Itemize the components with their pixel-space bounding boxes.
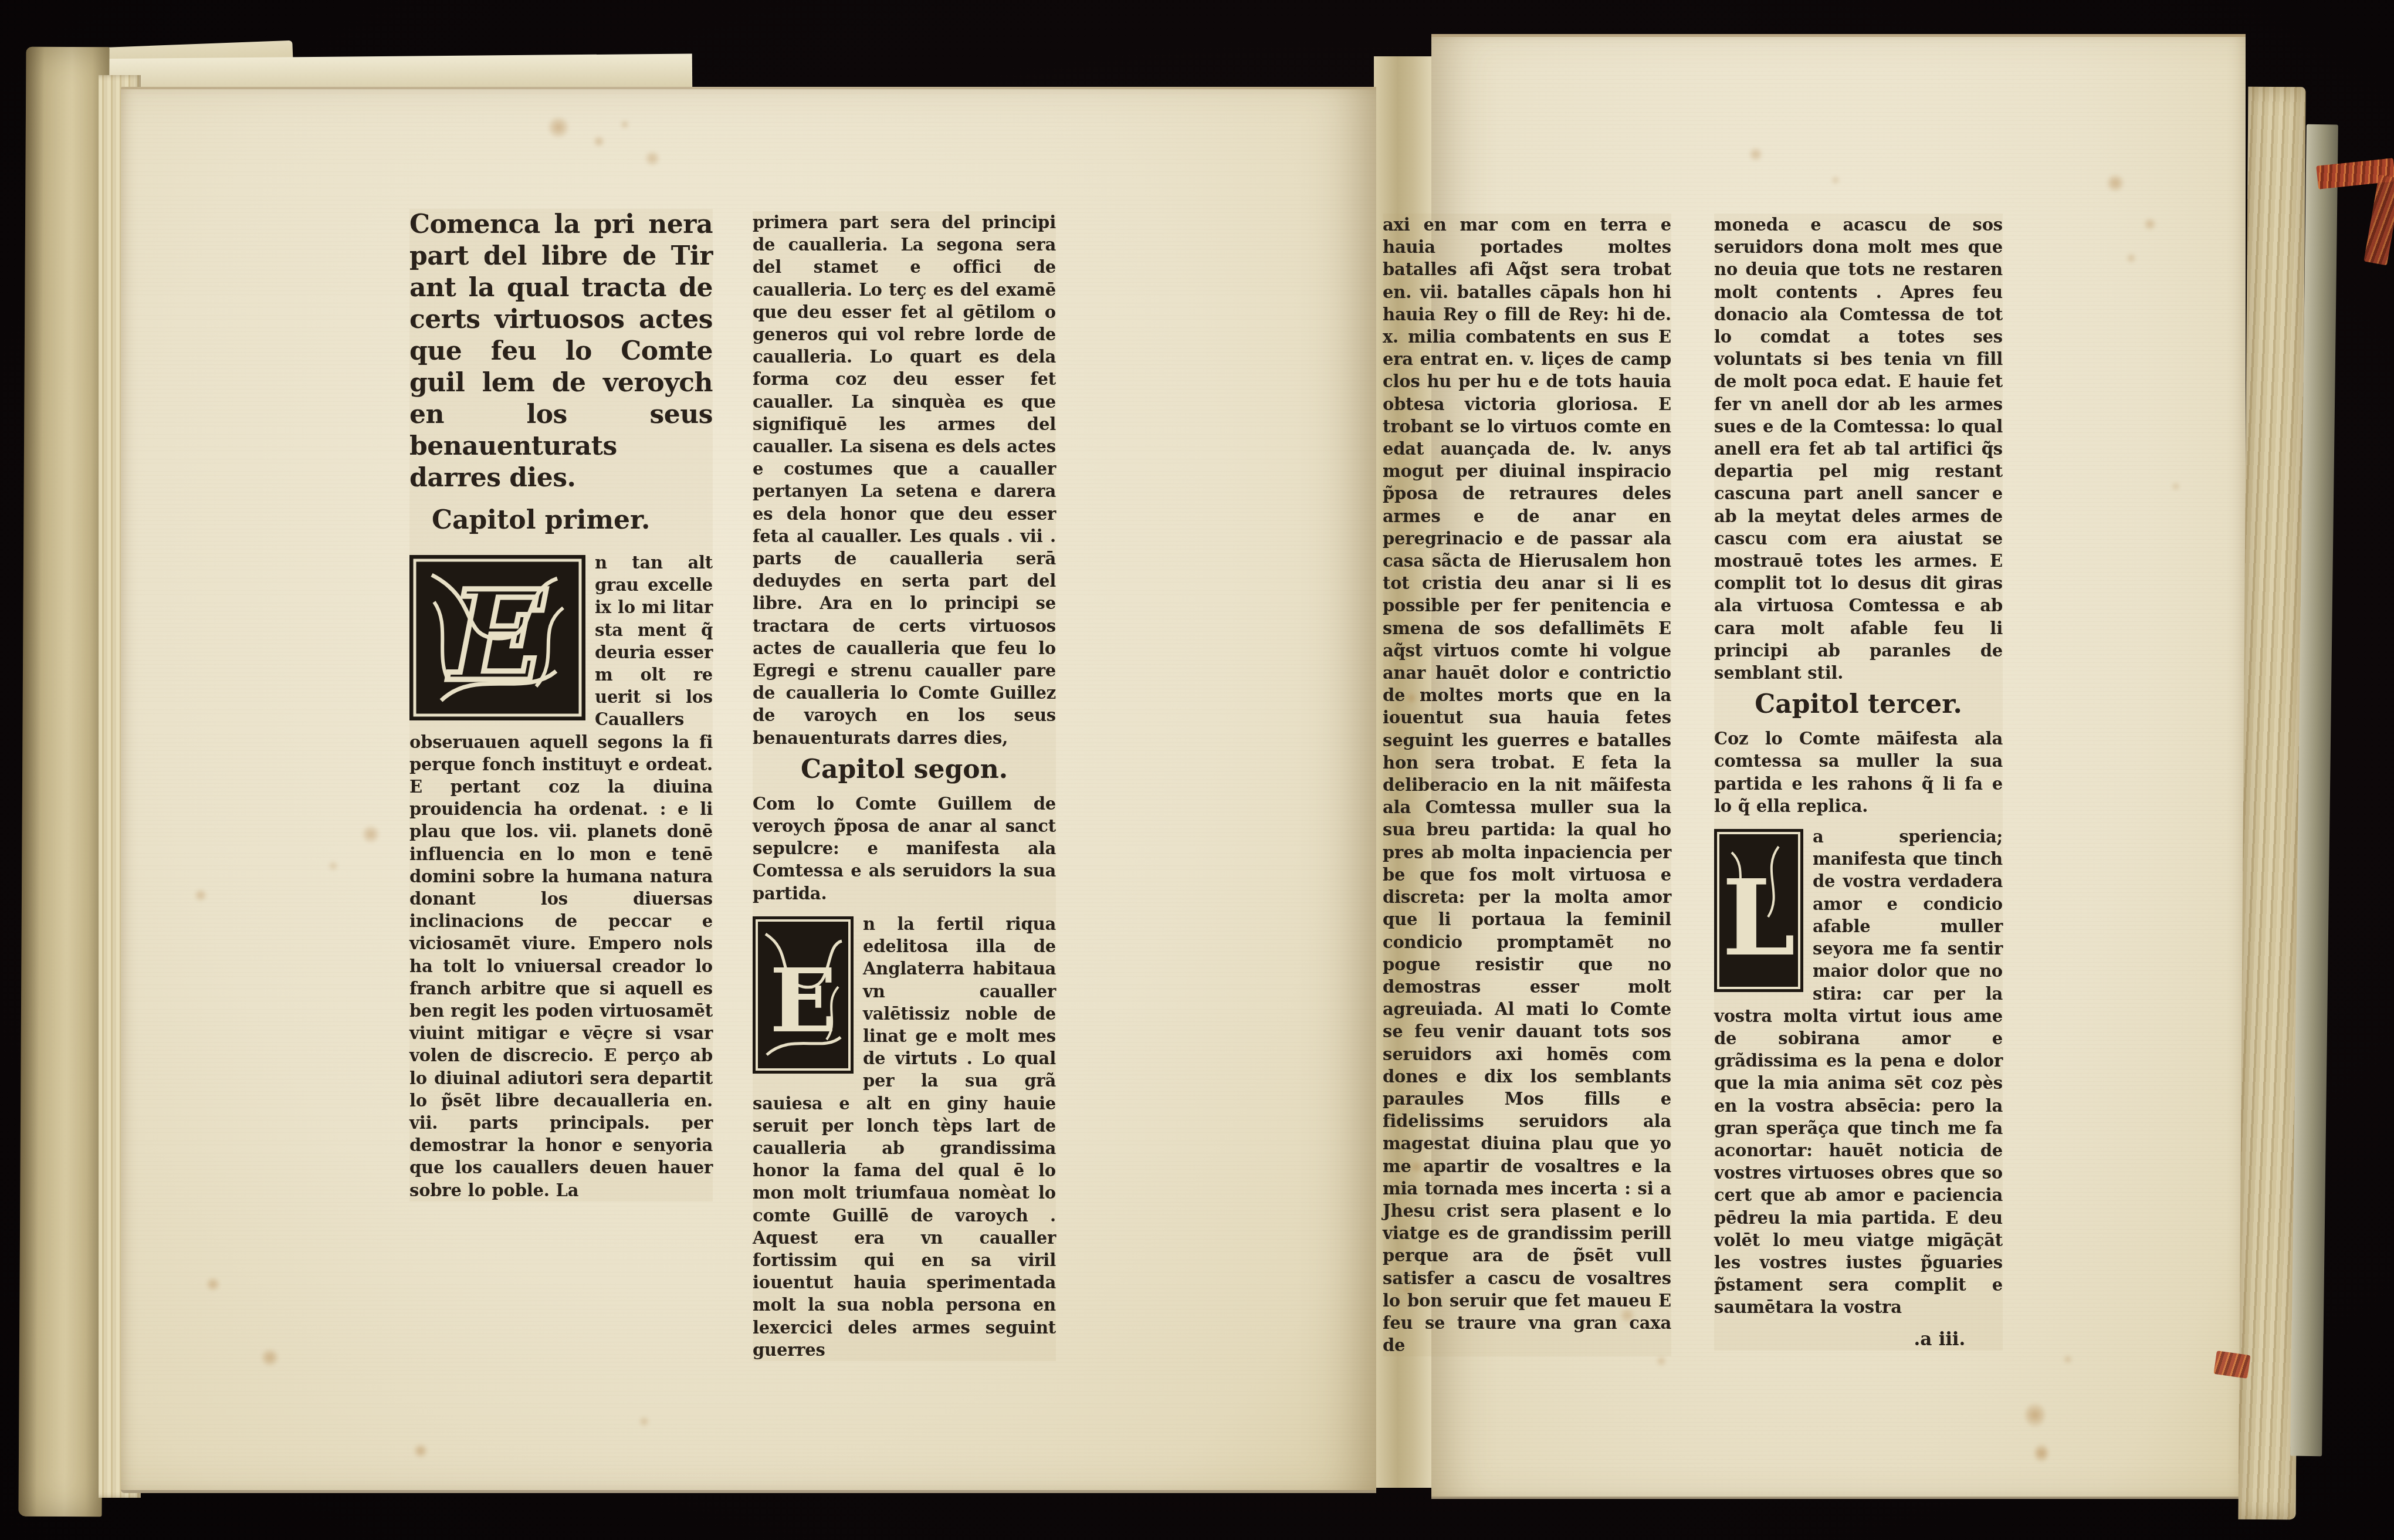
left-page	[121, 87, 1376, 1493]
fore-edge-tie-bottom	[2213, 1351, 2250, 1379]
chapter-3-text: L a speriencia; manifesta que tinch de v…	[1714, 825, 2003, 1318]
initial-letter-glyph: E	[770, 949, 837, 1052]
right-page-column-1: axi en mar com en terra e hauia portades…	[1383, 214, 1671, 1356]
foxing-spot	[2144, 218, 2156, 230]
foxing-spot	[639, 1417, 649, 1426]
chapter-3-summary: Coz lo Comte māifesta ala comtessa sa mu…	[1714, 727, 2003, 817]
woodcut-initial-e-small: E	[753, 916, 854, 1079]
initial-letter-glyph: L	[1722, 857, 1796, 979]
foxing-spot	[2107, 175, 2124, 191]
left-page-column-2: primera part sera del principi de cauall…	[753, 211, 1056, 1361]
initial-letter-glyph: E	[447, 563, 546, 709]
right-page-column-2: moneda e acascu de sos seruidors dona mo…	[1714, 214, 2003, 1351]
woodcut-initial-l: L	[1714, 829, 1803, 997]
chapter-2-text: E n la fertil riqua edelitosa illa de An…	[753, 913, 1056, 1361]
book-photograph: Comenca la pri nera part del libre de Ti…	[0, 0, 2394, 1540]
foxing-spot	[1831, 176, 1840, 184]
incipit-heading: Comenca la pri nera part del libre de Ti…	[409, 209, 713, 494]
foxing-spot	[262, 1349, 278, 1366]
chapter-1-heading: Capitol primer.	[409, 505, 713, 536]
body-text: los Cauallers obseruauen aquell segons l…	[409, 687, 713, 1200]
left-page-column-1: Comenca la pri nera part del libre de Ti…	[409, 209, 713, 1201]
chapter-2-summary: Com lo Comte Guillem de veroych p̃posa d…	[753, 793, 1056, 905]
drop-cap-side-text: n tan alt grau excelle ix lo mi litar st…	[595, 553, 713, 707]
foxing-spot	[414, 1444, 427, 1457]
foxing-spot	[329, 861, 338, 871]
chapter-1-text: E n tan alt grau excelle ix lo mi litar …	[409, 551, 713, 1201]
foxing-spot	[2172, 482, 2180, 490]
foxing-spot	[2064, 1355, 2072, 1363]
chapter-3-heading: Capitol tercer.	[1714, 689, 2003, 720]
foxing-spot	[2034, 1444, 2048, 1462]
foxing-spot	[1657, 1356, 1666, 1366]
foxing-spot	[1749, 148, 1762, 161]
foxing-spot	[2025, 1403, 2045, 1427]
foxing-spot	[645, 151, 659, 165]
body-text: primera part sera del principi de cauall…	[753, 211, 1056, 749]
foxing-spot	[621, 120, 629, 128]
vellum-cover-left	[18, 47, 109, 1517]
foxing-spot	[2127, 253, 2136, 263]
signature-mark: .a iii.	[1714, 1328, 2003, 1351]
chapter-2-heading: Capitol segon.	[753, 754, 1056, 786]
body-text: moneda e acascu de sos seruidors dona mo…	[1714, 214, 2003, 684]
body-text: axi en mar com en terra e hauia portades…	[1383, 214, 1671, 1356]
foxing-spot	[363, 826, 379, 842]
foxing-spot	[594, 136, 604, 147]
foxing-spot	[206, 1278, 219, 1291]
foxing-spot	[548, 117, 568, 137]
foxing-spot	[195, 889, 206, 901]
fore-edge-tie-top-tail	[2363, 175, 2394, 266]
woodcut-initial-e-large: E	[409, 555, 585, 726]
